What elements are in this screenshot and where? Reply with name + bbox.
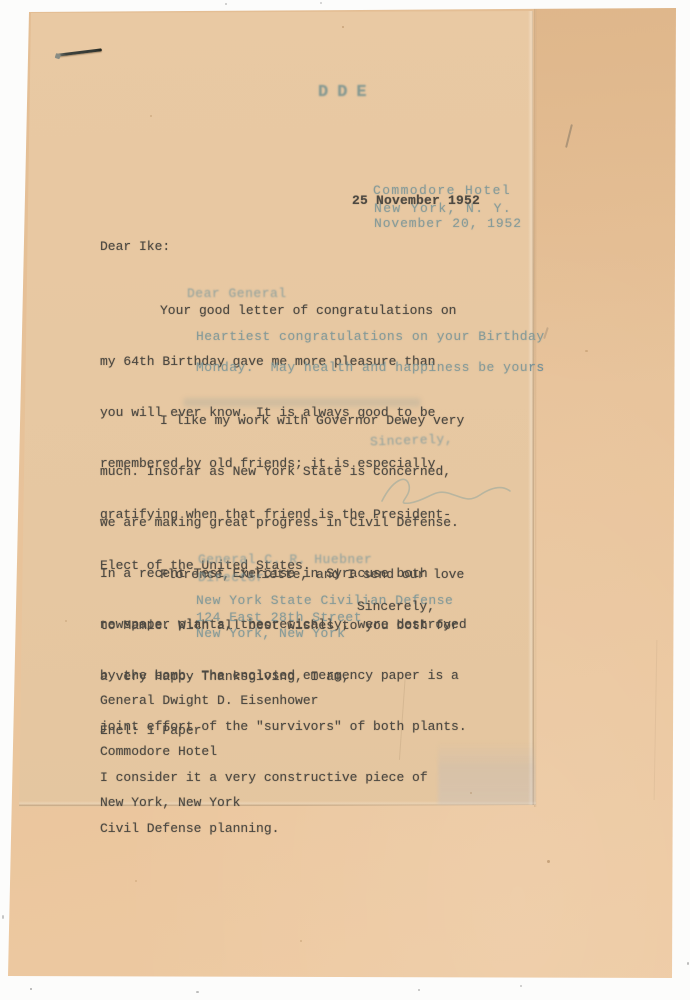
paper-speck bbox=[135, 880, 137, 882]
date-line: 25 November 1952 bbox=[352, 192, 480, 209]
salutation: Dear Ike: bbox=[100, 238, 170, 255]
paper-speck bbox=[150, 115, 152, 117]
ghost-monday-main: Monday. May health and happiness be you bbox=[196, 360, 528, 375]
paper-crease bbox=[654, 640, 658, 800]
paper-speck bbox=[470, 792, 472, 794]
ghost-monday-line: Monday. May health and happiness be your… bbox=[196, 359, 545, 376]
ghost-birthday-line: Heartiest congratulations on your Birthd… bbox=[196, 328, 545, 345]
paragraph-line: Florence, Juliette, and I send our love bbox=[100, 566, 464, 583]
staple bbox=[57, 48, 102, 56]
paragraph-line: Your good letter of congratulations on bbox=[100, 302, 456, 319]
ghost-letterhead-line: November 20, 1952 bbox=[374, 215, 522, 232]
ghost-closing: Sincerely, bbox=[370, 431, 454, 451]
paper-speck bbox=[65, 620, 67, 622]
recipient-address: General Dwight D. Eisenhower Commodore H… bbox=[100, 658, 318, 845]
pencil-mark bbox=[565, 124, 573, 148]
recipient-line: New York, New York bbox=[100, 794, 318, 811]
margin-speck bbox=[196, 991, 199, 993]
paper-speck bbox=[585, 350, 588, 352]
ghost-signature-title: Director bbox=[198, 569, 264, 586]
scanned-letter: DDE Commodore Hotel New York, N. Y. Nove… bbox=[0, 0, 690, 1000]
ghost-signature-squiggle bbox=[376, 465, 516, 509]
margin-speck bbox=[520, 985, 522, 987]
paper-speck bbox=[300, 940, 302, 942]
paper-speck bbox=[342, 26, 344, 28]
margin-speck bbox=[30, 988, 32, 990]
margin-speck bbox=[687, 962, 689, 965]
margin-speck bbox=[320, 2, 322, 4]
ghost-address-line: New York, New York bbox=[196, 625, 345, 642]
recipient-line: General Dwight D. Eisenhower bbox=[100, 692, 318, 709]
enclosure-note: Encl: 1 Paper bbox=[100, 722, 201, 739]
ghost-smudge bbox=[183, 398, 421, 407]
letter-content: DDE Commodore Hotel New York, N. Y. Nove… bbox=[0, 0, 690, 1000]
margin-speck bbox=[2, 915, 4, 919]
ghost-monday-tail: rs bbox=[528, 360, 545, 375]
margin-speck bbox=[418, 989, 420, 991]
ghost-signature-name: General C. R. Huebner bbox=[198, 551, 372, 568]
paper-speck bbox=[547, 860, 550, 863]
margin-speck bbox=[225, 3, 227, 5]
paragraph-line: we are making great progress in Civil De… bbox=[100, 514, 467, 531]
ghost-address-line: 124 East 28th Street bbox=[196, 609, 362, 626]
ghost-initials: DDE bbox=[318, 84, 376, 101]
paragraph-line: I like my work with Governor Dewey very bbox=[100, 412, 467, 429]
closing: Sincerely, bbox=[357, 598, 435, 615]
recipient-line: Commodore Hotel bbox=[100, 743, 318, 760]
